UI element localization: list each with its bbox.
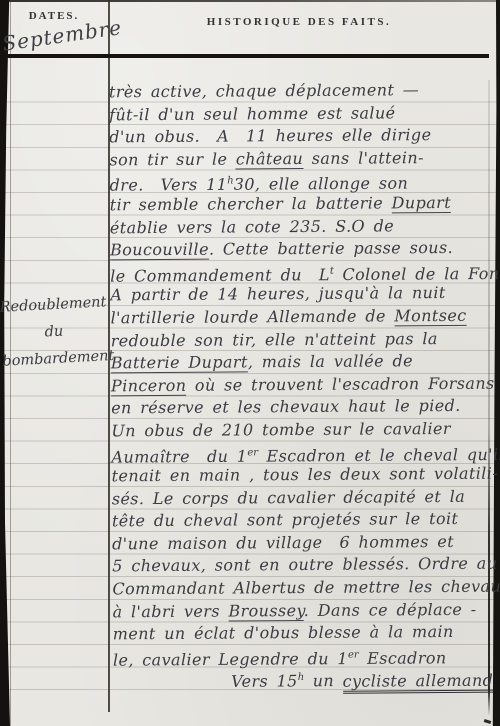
handwritten-text: A partir de 14 heures, jusqu'à la nuit <box>110 283 445 304</box>
handwritten-text: très active, chaque déplacement — <box>109 80 419 101</box>
entry-line: dre. Vers 11h30, elle allonge son <box>110 169 492 194</box>
handwritten-text: . Dans ce déplace - <box>304 599 477 619</box>
entry-line: établie vers la cote 235. S.O de <box>110 214 492 239</box>
handwritten-text: er <box>247 447 258 458</box>
entry-line: Batterie Dupart, mais la vallée de <box>111 350 493 375</box>
underlined-text: Broussey <box>228 601 303 622</box>
margin-note-line: Redoublement <box>0 289 106 322</box>
handwritten-text: l'artillerie lourde Allemande de <box>110 306 394 327</box>
ink-mark <box>484 719 492 724</box>
entry-line: très active, chaque déplacement — <box>109 79 491 104</box>
handwritten-text: tir semble chercher la batterie <box>110 193 392 214</box>
entry-line: à l'abri vers Broussey. Dans ce déplace … <box>113 598 495 623</box>
entry-line: Pinceron où se trouvent l'escadron Forsa… <box>111 372 493 397</box>
handwritten-text: Escadron <box>359 648 447 668</box>
underlined-text: cycliste allemand <box>343 670 494 693</box>
entry-line: en réserve et les chevaux haut le pied. <box>111 395 493 420</box>
underlined-text: Boucouville <box>110 240 209 261</box>
entry-line: Un obus de 210 tombe sur le cavalier <box>111 418 493 443</box>
handwritten-text: où se trouvent l'escadron Forsans <box>186 373 494 394</box>
entry-line: le, cavalier Legendre du 1er Escadron <box>113 644 495 669</box>
handwritten-text: redouble son tir, elle n'atteint pas la <box>111 329 438 350</box>
handwritten-text: fût-il d'un seul homme est salué <box>109 103 396 124</box>
handwritten-text: Colonel de la Font <box>334 264 500 284</box>
handwritten-text: Commandant Albertus de mettre les chevau… <box>112 577 500 599</box>
entry-line: l'artillerie lourde Allemande de Montsec <box>110 305 492 330</box>
entry-line: son tir sur le château sans l'attein- <box>109 146 491 171</box>
handwritten-text: à l'abri vers <box>113 601 229 621</box>
underlined-text: Dupart <box>392 193 452 213</box>
header-rule <box>4 54 489 58</box>
handwritten-text: tête du cheval sont projetés sur le toit <box>112 509 458 530</box>
handwritten-text: er <box>348 649 359 660</box>
handwritten-text: Aumaître du 1 <box>111 446 247 466</box>
handwritten-text: d'une maison du village 6 hommes et <box>112 532 454 553</box>
entry-line: Boucouville. Cette batterie passe sous. <box>110 237 492 262</box>
handwritten-text: un <box>304 671 343 690</box>
handwritten-text: sés. Le corps du cavalier décapité et la <box>112 487 465 508</box>
underlined-text: château <box>236 149 303 169</box>
entry-line: Aumaître du 1er Escadron et le cheval qu… <box>111 440 493 465</box>
entry-line: tête du cheval sont projetés sur le toit <box>112 508 494 533</box>
entry-line: Commandant Albertus de mettre les chevau… <box>112 576 494 601</box>
underlined-text: Montsec <box>394 306 466 327</box>
entry-line: sés. Le corps du cavalier décapité et la <box>112 485 494 510</box>
handwritten-text: tenait en main , tous les deux sont vola… <box>112 464 499 486</box>
margin-note: Redoublementdubombardement <box>0 289 109 375</box>
handwritten-month: Septembre <box>1 16 115 55</box>
handwritten-text: établie vers la cote 235. S.O de <box>110 216 394 237</box>
underlined-text: Pinceron <box>111 376 187 397</box>
handwritten-text: . Cette batterie passe sous. <box>209 238 453 259</box>
handwritten-text: en réserve et les chevaux haut le pied. <box>111 396 461 417</box>
handwritten-text: , mais la vallée de <box>248 351 413 371</box>
entry-line: tir semble chercher la batterie Dupart <box>110 192 492 217</box>
handwritten-text: d'un obus. A 11 heures elle dirige <box>109 125 431 146</box>
entry-lines: très active, chaque déplacement —fût-il … <box>109 79 495 692</box>
handwritten-text: Vers 15 <box>231 672 298 691</box>
handwritten-text: ment un éclat d'obus blesse à la main <box>113 622 454 643</box>
entry-line: Vers 15h un cycliste allemand <box>113 666 495 691</box>
margin-note-line: bombardement <box>2 343 109 376</box>
handwritten-text: sans l'attein- <box>303 148 424 168</box>
handwritten-text: 30, elle allonge son <box>234 174 409 194</box>
entry-line: redouble son tir, elle n'atteint pas la <box>111 327 493 352</box>
page-top-edge <box>0 0 500 2</box>
handwritten-text: son tir sur le <box>109 149 236 169</box>
underlined-text: Batterie Dupart <box>111 353 248 374</box>
entry-line: fût-il d'un seul homme est salué <box>109 101 491 126</box>
entry-line: d'une maison du village 6 hommes et <box>112 531 494 556</box>
entry-line: le Commandement du Lt Colonel de la Font <box>110 259 492 284</box>
journal-page: DATES. HISTORIQUE DES FAITS. Septembre R… <box>0 0 500 726</box>
entry-line: 5 chevaux, sont en outre blessés. Ordre … <box>112 553 494 578</box>
entry-line: d'un obus. A 11 heures elle dirige <box>109 124 491 149</box>
handwritten-text: le Commandement du L <box>110 265 330 286</box>
entry-line: A partir de 14 heures, jusqu'à la nuit <box>110 282 492 307</box>
handwritten-text: 5 chevaux, sont en outre blessés. Ordre … <box>112 554 497 576</box>
historique-column-header: HISTORIQUE DES FAITS. <box>108 16 490 28</box>
entry-line: ment un éclat d'obus blesse à la main <box>113 621 495 646</box>
handwritten-text: dre. Vers 11 <box>110 175 228 195</box>
handwritten-text: Un obus de 210 tombe sur le cavalier <box>111 419 451 440</box>
entry-line: tenait en main , tous les deux sont vola… <box>112 463 494 488</box>
